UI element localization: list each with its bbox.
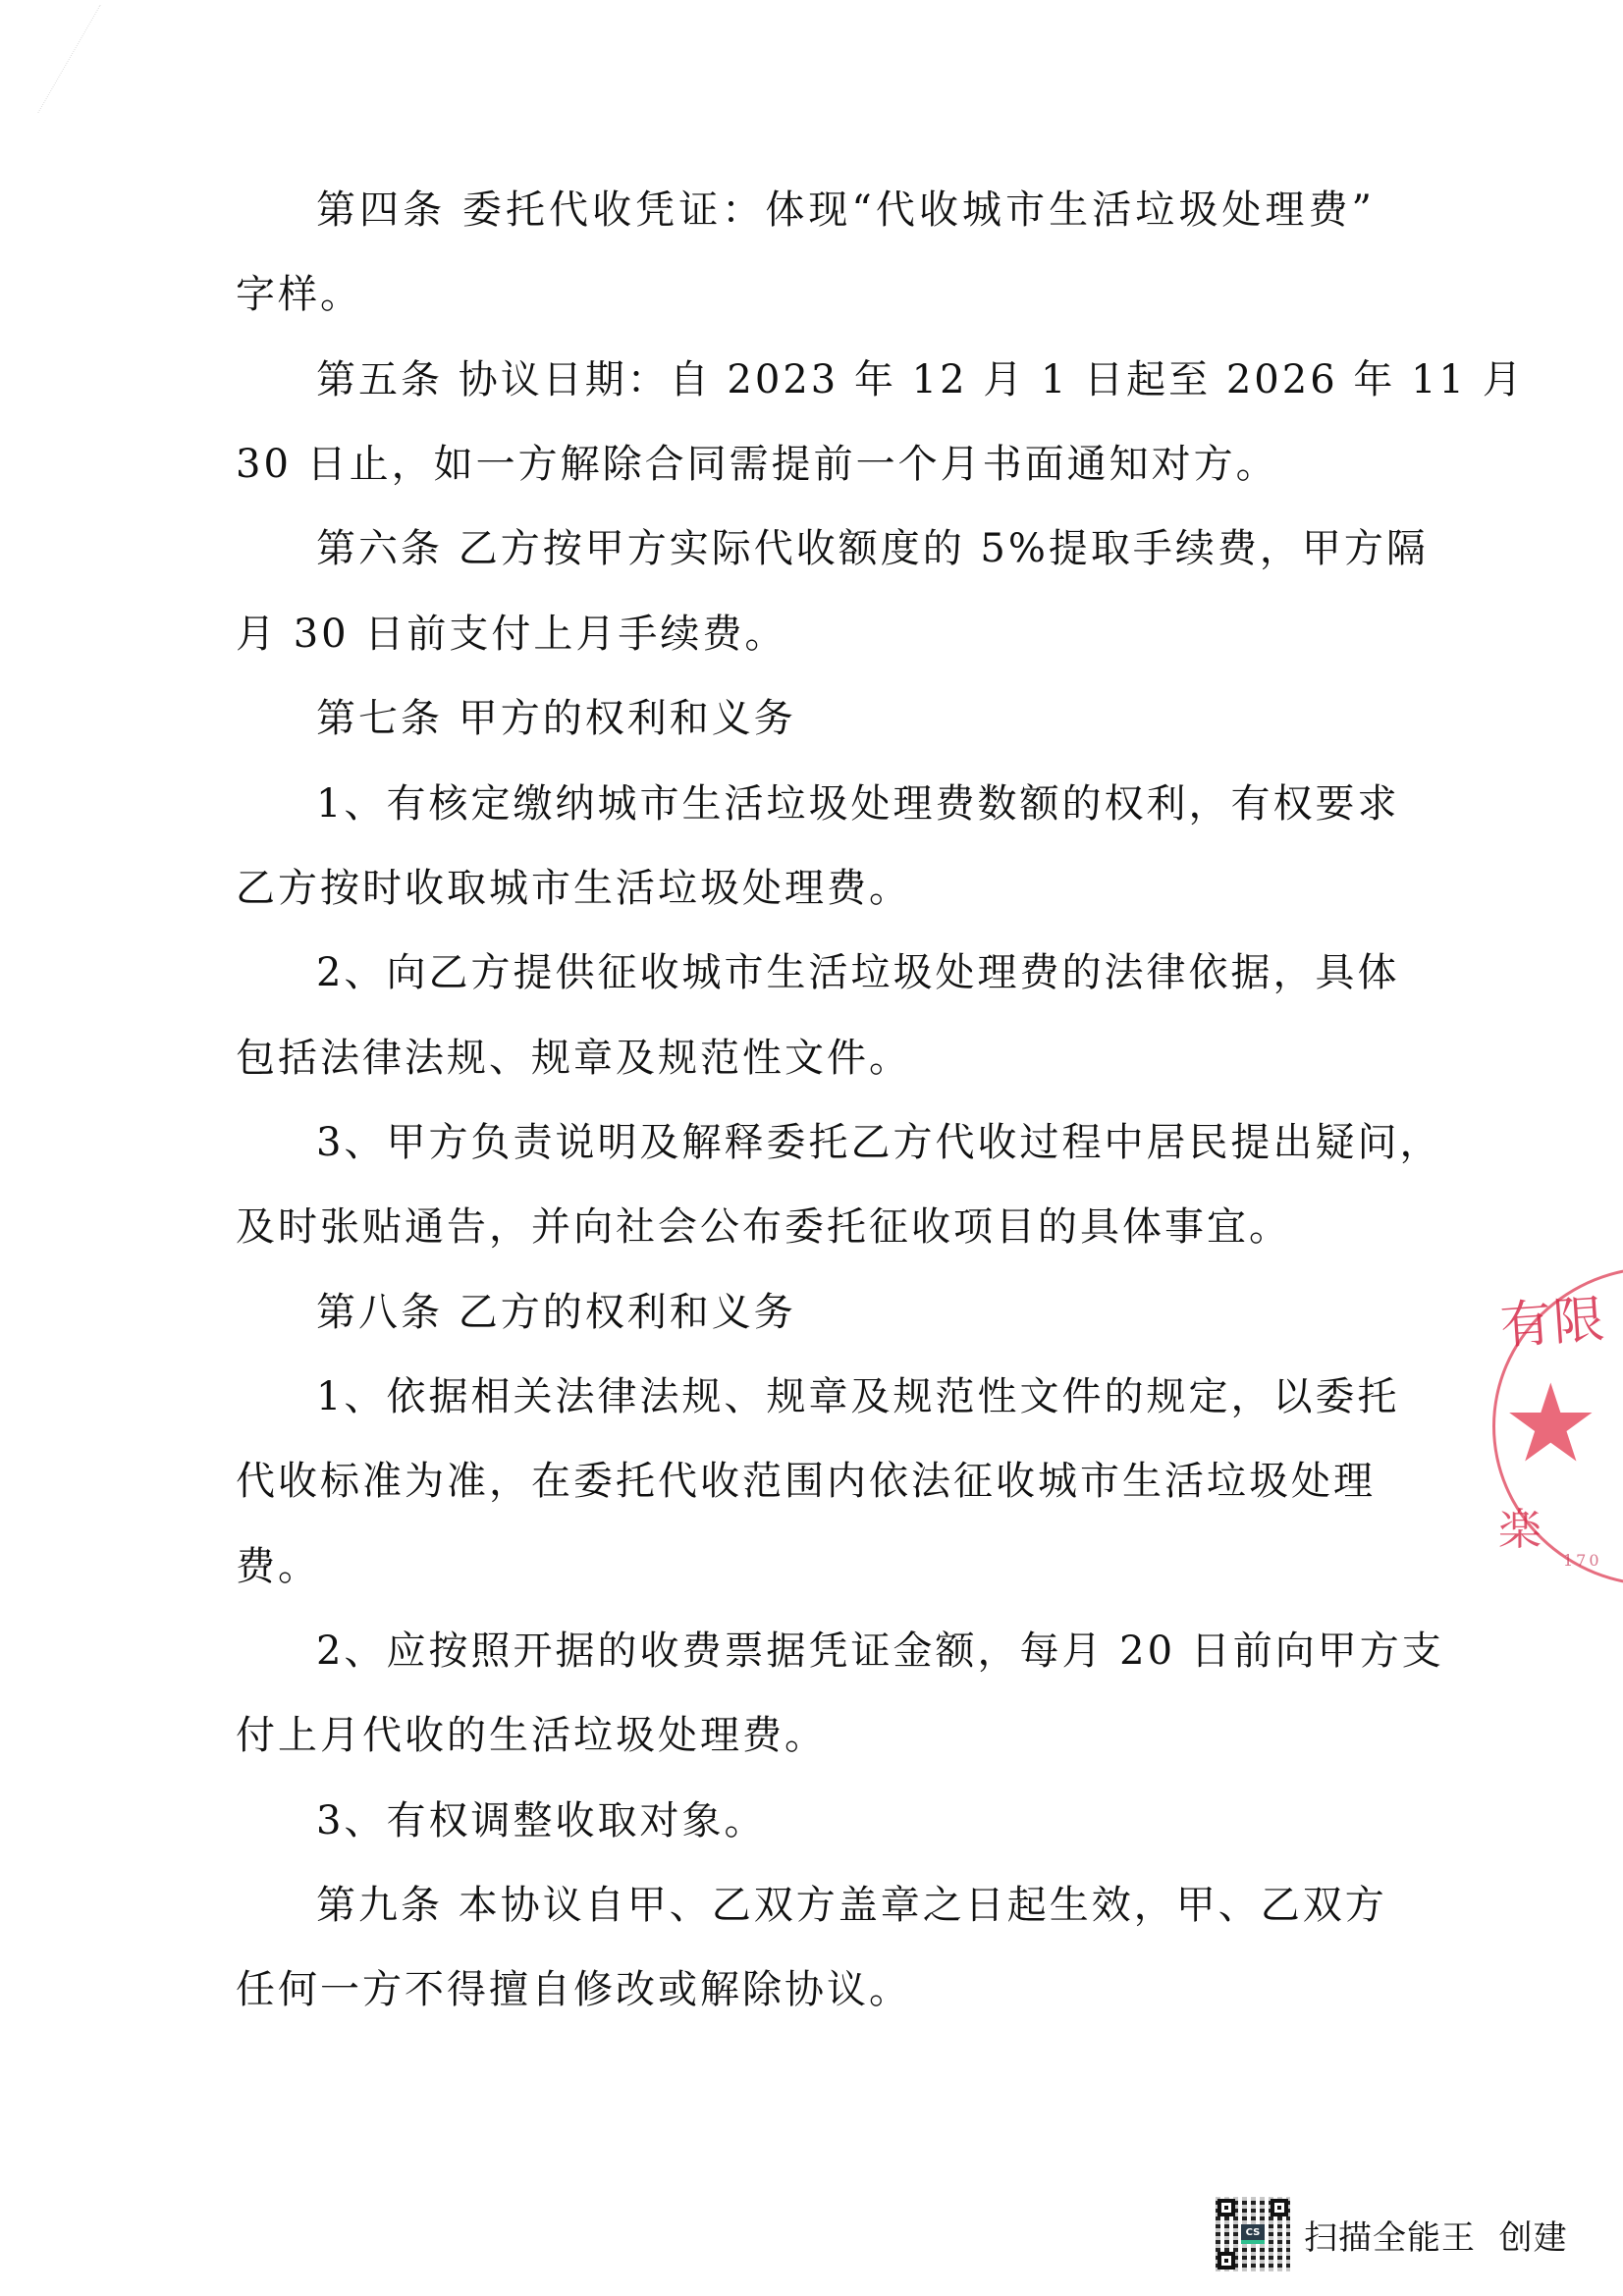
document-line: 3、有权调整收取对象。 xyxy=(316,1797,1375,1844)
document-line: 2、向乙方提供征收城市生活垃圾处理费的法律依据，具体 xyxy=(316,949,1375,996)
seal-text-top: 有限 xyxy=(1498,1292,1608,1354)
document-line: 包括法律法规、规章及规范性文件。 xyxy=(236,1035,1375,1082)
document-line: 1、有核定缴纳城市生活垃圾处理费数额的权利，有权要求 xyxy=(316,780,1375,828)
document-line: 付上月代收的生活垃圾处理费。 xyxy=(236,1712,1375,1759)
document-line: 任何一方不得擅自修改或解除协议。 xyxy=(236,1966,1375,2013)
document-line: 1、依据相关法律法规、规章及规范性文件的规定，以委托 xyxy=(316,1373,1375,1420)
document-line: 及时张贴通告，并向社会公布委托征收项目的具体事宜。 xyxy=(236,1203,1375,1251)
watermark-text: 扫描全能王 创建 xyxy=(1304,2211,1568,2259)
document-page: 第四条 委托代收凭证：体现“代收城市生活垃圾处理费”字样。第五条 协议日期：自 … xyxy=(0,0,1623,2296)
star-icon: ★ xyxy=(1502,1374,1591,1472)
document-line: 月 30 日前支付上月手续费。 xyxy=(236,611,1375,658)
document-line: 第五条 协议日期：自 2023 年 12 月 1 日起至 2026 年 11 月 xyxy=(316,356,1375,403)
qr-code-icon: CS xyxy=(1216,2197,1290,2271)
company-seal: 有限 ★ 楽 170 xyxy=(1473,1256,1623,1590)
document-line: 第九条 本协议自甲、乙双方盖章之日起生效，甲、乙双方 xyxy=(316,1882,1375,1929)
camscanner-watermark: CS 扫描全能王 创建 xyxy=(1216,2197,1568,2271)
seal-text-bottom: 楽 xyxy=(1498,1507,1542,1554)
document-line: 第七条 甲方的权利和义务 xyxy=(316,695,1375,742)
cs-logo-icon: CS xyxy=(1241,2224,1265,2244)
document-line: 30 日止，如一方解除合同需提前一个月书面通知对方。 xyxy=(236,441,1375,488)
seal-code: 170 xyxy=(1563,1551,1602,1570)
document-line: 乙方按时收取城市生活垃圾处理费。 xyxy=(236,865,1375,912)
document-line: 3、甲方负责说明及解释委托乙方代收过程中居民提出疑问， xyxy=(316,1119,1375,1166)
document-line: 第八条 乙方的权利和义务 xyxy=(316,1289,1375,1336)
document-line: 第六条 乙方按甲方实际代收额度的 5%提取手续费，甲方隔 xyxy=(316,525,1375,572)
document-line: 字样。 xyxy=(236,271,1375,318)
document-line: 代收标准为准，在委托代收范围内依法征收城市生活垃圾处理 xyxy=(236,1458,1375,1505)
scan-artifact xyxy=(37,5,189,113)
document-line: 费。 xyxy=(236,1543,1375,1590)
document-line: 第四条 委托代收凭证：体现“代收城市生活垃圾处理费” xyxy=(316,187,1375,234)
document-line: 2、应按照开据的收费票据凭证金额，每月 20 日前向甲方支 xyxy=(316,1628,1375,1675)
